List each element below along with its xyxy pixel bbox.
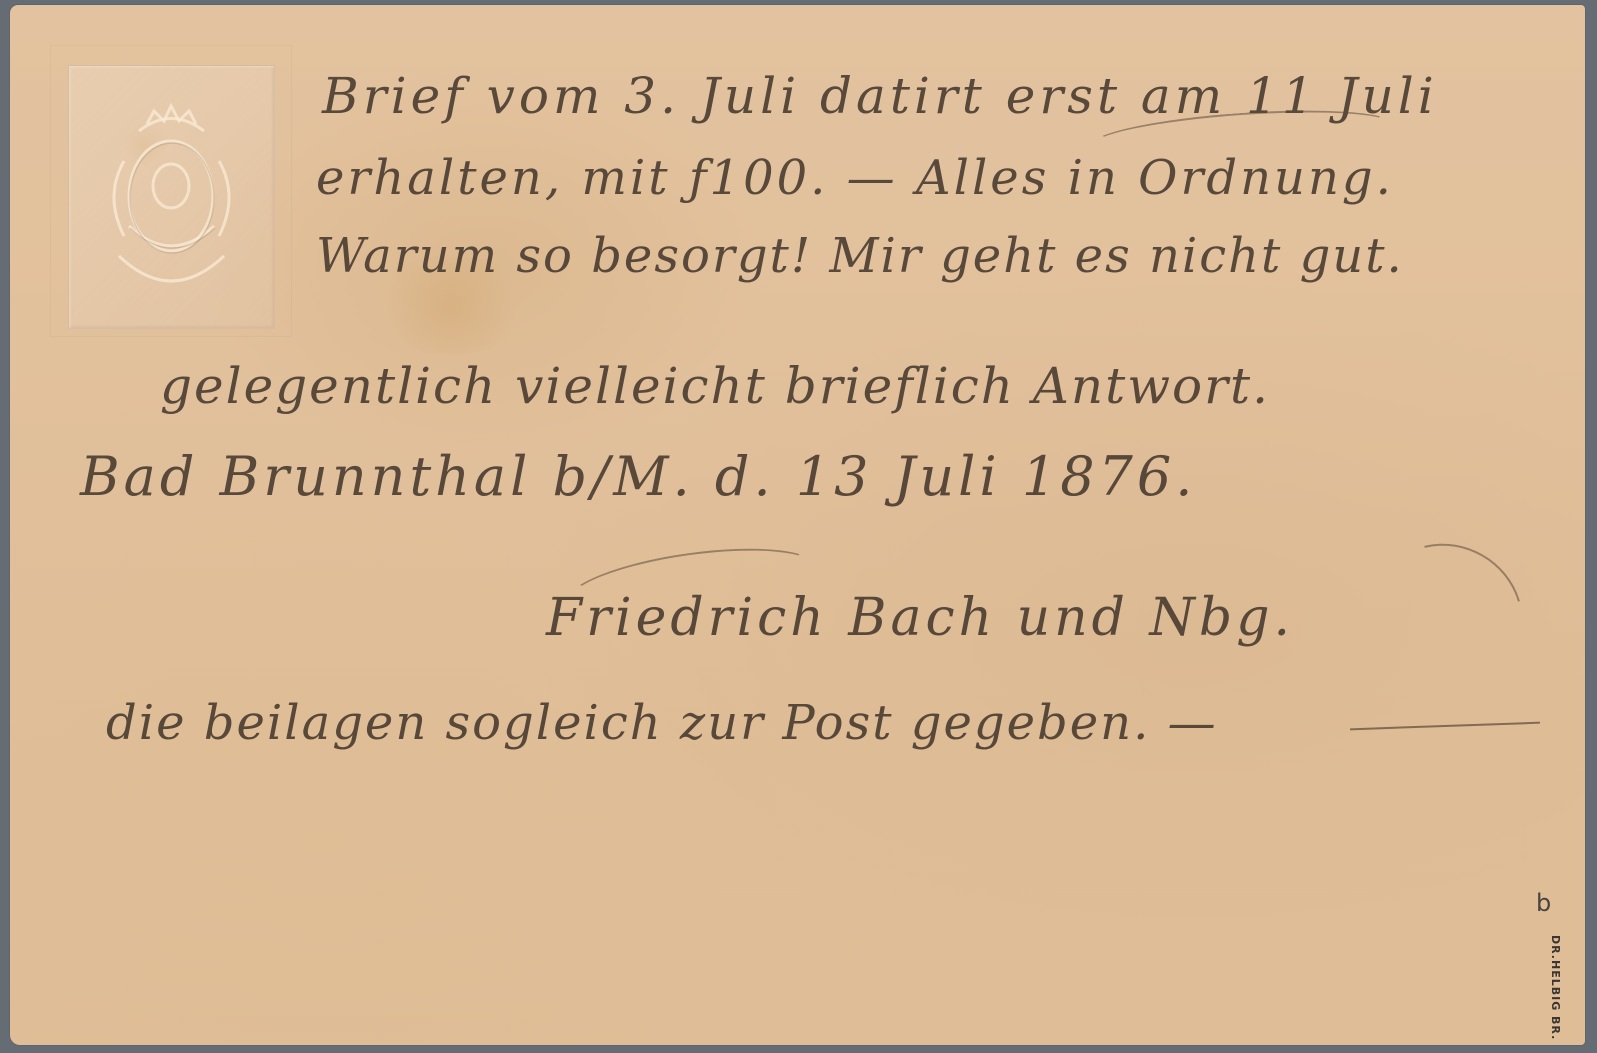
message-line: Warum so besorgt! Mir geht es nicht gut. xyxy=(316,228,1404,284)
message-line: erhalten, mit ƒ100. — Alles in Ordnung. xyxy=(316,150,1394,206)
printer-letter-mark: b xyxy=(1536,889,1551,917)
signature-flourish xyxy=(1344,516,1549,718)
message-line: gelegentlich vielleicht brieflich Antwor… xyxy=(160,357,1270,415)
place-date-line: Bad Brunnthal b/M. d. 13 Juli 1876. xyxy=(80,445,1196,508)
embossed-crest-icon xyxy=(68,65,275,329)
closing-dash xyxy=(1350,722,1540,731)
printer-imprint: DR.HELBIG BR. xyxy=(1549,935,1562,1040)
postcard: Brief vom 3. Juli datirt erst am 11 Juli… xyxy=(10,5,1585,1045)
postscript-line: die beilagen sogleich zur Post gegeben. … xyxy=(106,695,1218,751)
